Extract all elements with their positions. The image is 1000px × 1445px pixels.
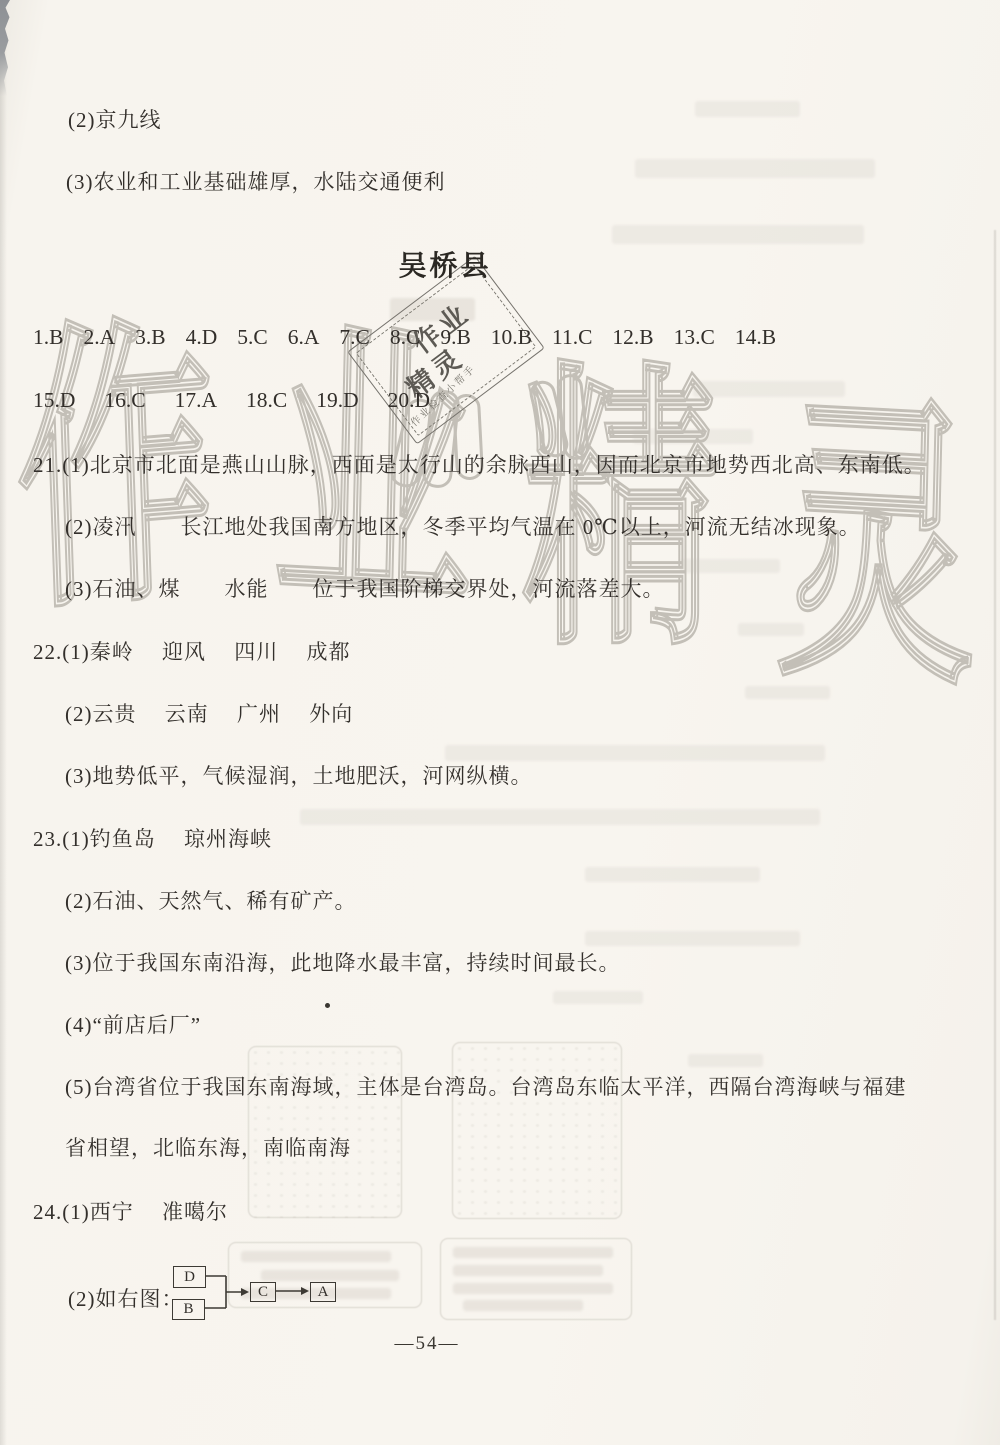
answer-item: 20.D xyxy=(388,388,430,413)
answer-item: 2.A xyxy=(83,325,115,350)
section-title: 吴桥县 xyxy=(398,244,491,284)
answer-item: 15.D xyxy=(33,388,75,413)
answer-line: 22.(1)秦岭 迎风 四川 成都 xyxy=(33,636,351,666)
answer-line: (4)“前店后厂” xyxy=(65,1009,201,1039)
flow-box-d: D xyxy=(173,1266,206,1288)
answer-item: 9.B xyxy=(440,325,470,350)
answer-line: (2)凌汛 长江地处我国南方地区，冬季平均气温在 0℃以上，河流无结冰现象。 xyxy=(65,511,861,541)
answer-item: 16.C xyxy=(104,388,145,413)
flowchart: D B C A xyxy=(160,1255,350,1330)
answer-line: 省相望，北临东海，南临南海 xyxy=(65,1132,351,1162)
answer-line: (3)地势低平，气候湿润，土地肥沃，河网纵横。 xyxy=(65,760,533,790)
answer-item: 7.C xyxy=(339,325,369,350)
answer-item: 6.A xyxy=(288,325,320,350)
answer-item: 12.B xyxy=(612,325,653,350)
page-content: (2)京九线 (3)农业和工业基础雄厚，水陆交通便利 吴桥县 1.B 2.A 3… xyxy=(0,0,1000,1445)
answer-line: (3)农业和工业基础雄厚，水陆交通便利 xyxy=(66,166,446,196)
scanned-answer-page: { "document": { "prelude": { "line1": "(… xyxy=(0,0,1000,1445)
answer-item: 14.B xyxy=(735,325,776,350)
choice-answers-row1: 1.B 2.A 3.B 4.D 5.C 6.A 7.C 8.C 9.B 10.B… xyxy=(33,325,796,350)
answer-item: 17.A xyxy=(175,388,217,413)
flow-box-a: A xyxy=(310,1282,336,1302)
answer-line: 23.(1)钓鱼岛 琼州海峡 xyxy=(33,823,272,853)
answer-item: 3.B xyxy=(135,325,165,350)
choice-answers-row2: 15.D 16.C 17.A 18.C 19.D 20.D xyxy=(33,388,459,413)
answer-line: (2)京九线 xyxy=(68,104,162,134)
ink-dot xyxy=(325,1003,330,1008)
flow-box-b: B xyxy=(172,1299,205,1320)
answer-item: 19.D xyxy=(316,388,358,413)
answer-item: 11.C xyxy=(552,325,592,350)
answer-line: 21.(1)北京市北面是燕山山脉，西面是太行山的余脉西山，因而北京市地势西北高、… xyxy=(33,449,926,479)
answer-line: (3)位于我国东南沿海，此地降水最丰富，持续时间最长。 xyxy=(65,947,620,977)
answer-item: 8.C xyxy=(390,325,420,350)
answer-item: 4.D xyxy=(186,325,218,350)
scan-left-edge xyxy=(0,0,7,1445)
answer-item: 13.C xyxy=(674,325,715,350)
answer-item: 1.B xyxy=(33,325,63,350)
flow-box-c: C xyxy=(250,1282,276,1302)
answer-item: 10.B xyxy=(491,325,532,350)
answer-line: (3)石油、煤 水能 位于我国阶梯交界处，河流落差大。 xyxy=(65,573,664,603)
answer-item: 18.C xyxy=(246,388,287,413)
answer-item: 5.C xyxy=(237,325,267,350)
answer-line: 24.(1)西宁 准噶尔 xyxy=(33,1196,228,1226)
answer-line: (2)石油、天然气、稀有矿产。 xyxy=(65,885,357,915)
answer-line: (2)云贵 云南 广州 外向 xyxy=(65,698,353,728)
page-number: —54— xyxy=(395,1333,460,1355)
answer-line: (5)台湾省位于我国东南海域，主体是台湾岛。台湾岛东临太平洋，西隔台湾海峡与福建 xyxy=(65,1071,906,1101)
